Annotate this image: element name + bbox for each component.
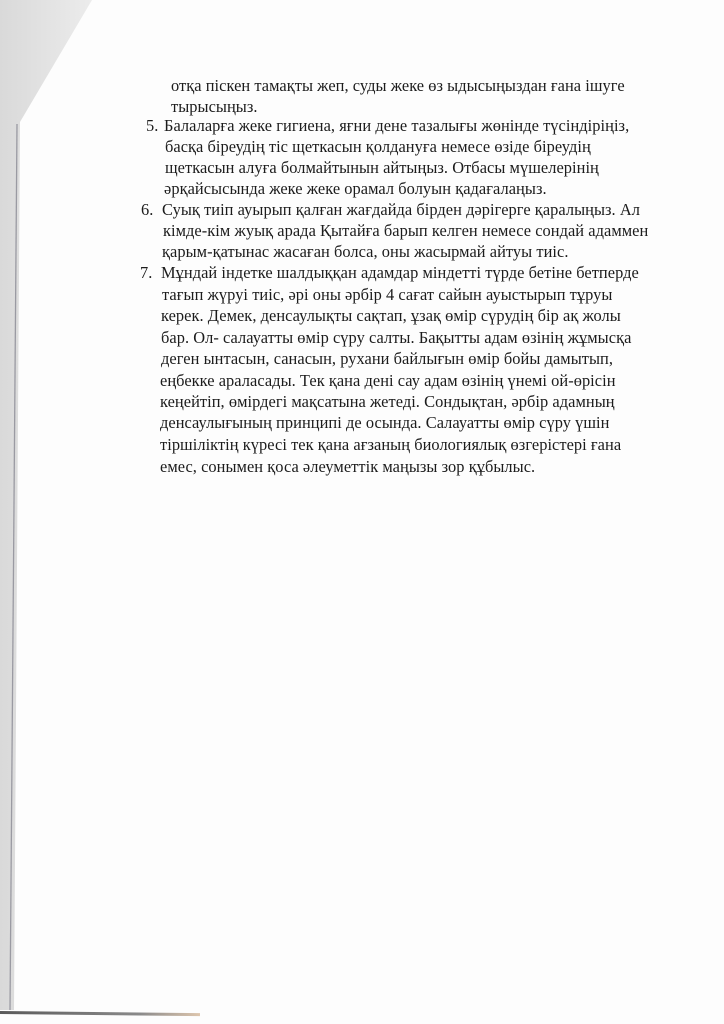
scan-bottom-edge — [0, 1011, 200, 1016]
list-line: әрқайсысында жеке жеке орамал болуын қад… — [164, 179, 547, 199]
continuation-line: отқа піскен тамақты жеп, суды жеке өз ыд… — [171, 76, 625, 96]
list-line: кеңейтіп, өмірдегі мақсатына жетеді. Сон… — [160, 392, 615, 412]
list-line: денсаулығының принципі де осында. Салауа… — [160, 413, 609, 433]
list-number: 7. — [140, 263, 152, 283]
list-line: тіршіліктің күресі тек қана ағзаның биол… — [160, 435, 621, 455]
list-line: қарым-қатынас жасаған болса, оны жасырма… — [162, 242, 568, 262]
list-line: тағып жүруі тиіс, әрі оны әрбір 4 сағат … — [162, 285, 612, 305]
list-line: деген ынтасын, санасын, рухани байлығын … — [161, 349, 613, 369]
list-line: Суық тиіп ауырып қалған жағдайда бірден … — [162, 200, 640, 220]
list-line: Балаларға жеке гигиена, яғни дене тазалы… — [164, 116, 629, 136]
list-line: щеткасын алуға болмайтынын айтыңыз. Отба… — [165, 158, 599, 178]
list-line: емес, сонымен қоса әлеуметтік маңызы зор… — [160, 457, 535, 477]
list-line: керек. Демек, денсаулықты сақтап, ұзақ ө… — [161, 306, 621, 326]
list-number: 5. — [146, 116, 158, 136]
list-line: бар. Ол- салауатты өмір сүру салты. Бақы… — [161, 328, 631, 348]
list-line: кімде-кім жуық арада Қытайға барып келге… — [163, 221, 648, 241]
continuation-line: тырысыңыз. — [171, 97, 258, 117]
list-line: еңбекке араласады. Тек қана дені сау ада… — [160, 371, 616, 391]
document-page: отқа піскен тамақты жеп, суды жеке өз ыд… — [0, 0, 724, 1024]
list-line: басқа біреудің тіс щеткасын қолдануға не… — [165, 137, 591, 157]
list-number: 6. — [141, 200, 153, 220]
list-line: Мұндай індетке шалдыққан адамдар міндетт… — [161, 263, 639, 283]
